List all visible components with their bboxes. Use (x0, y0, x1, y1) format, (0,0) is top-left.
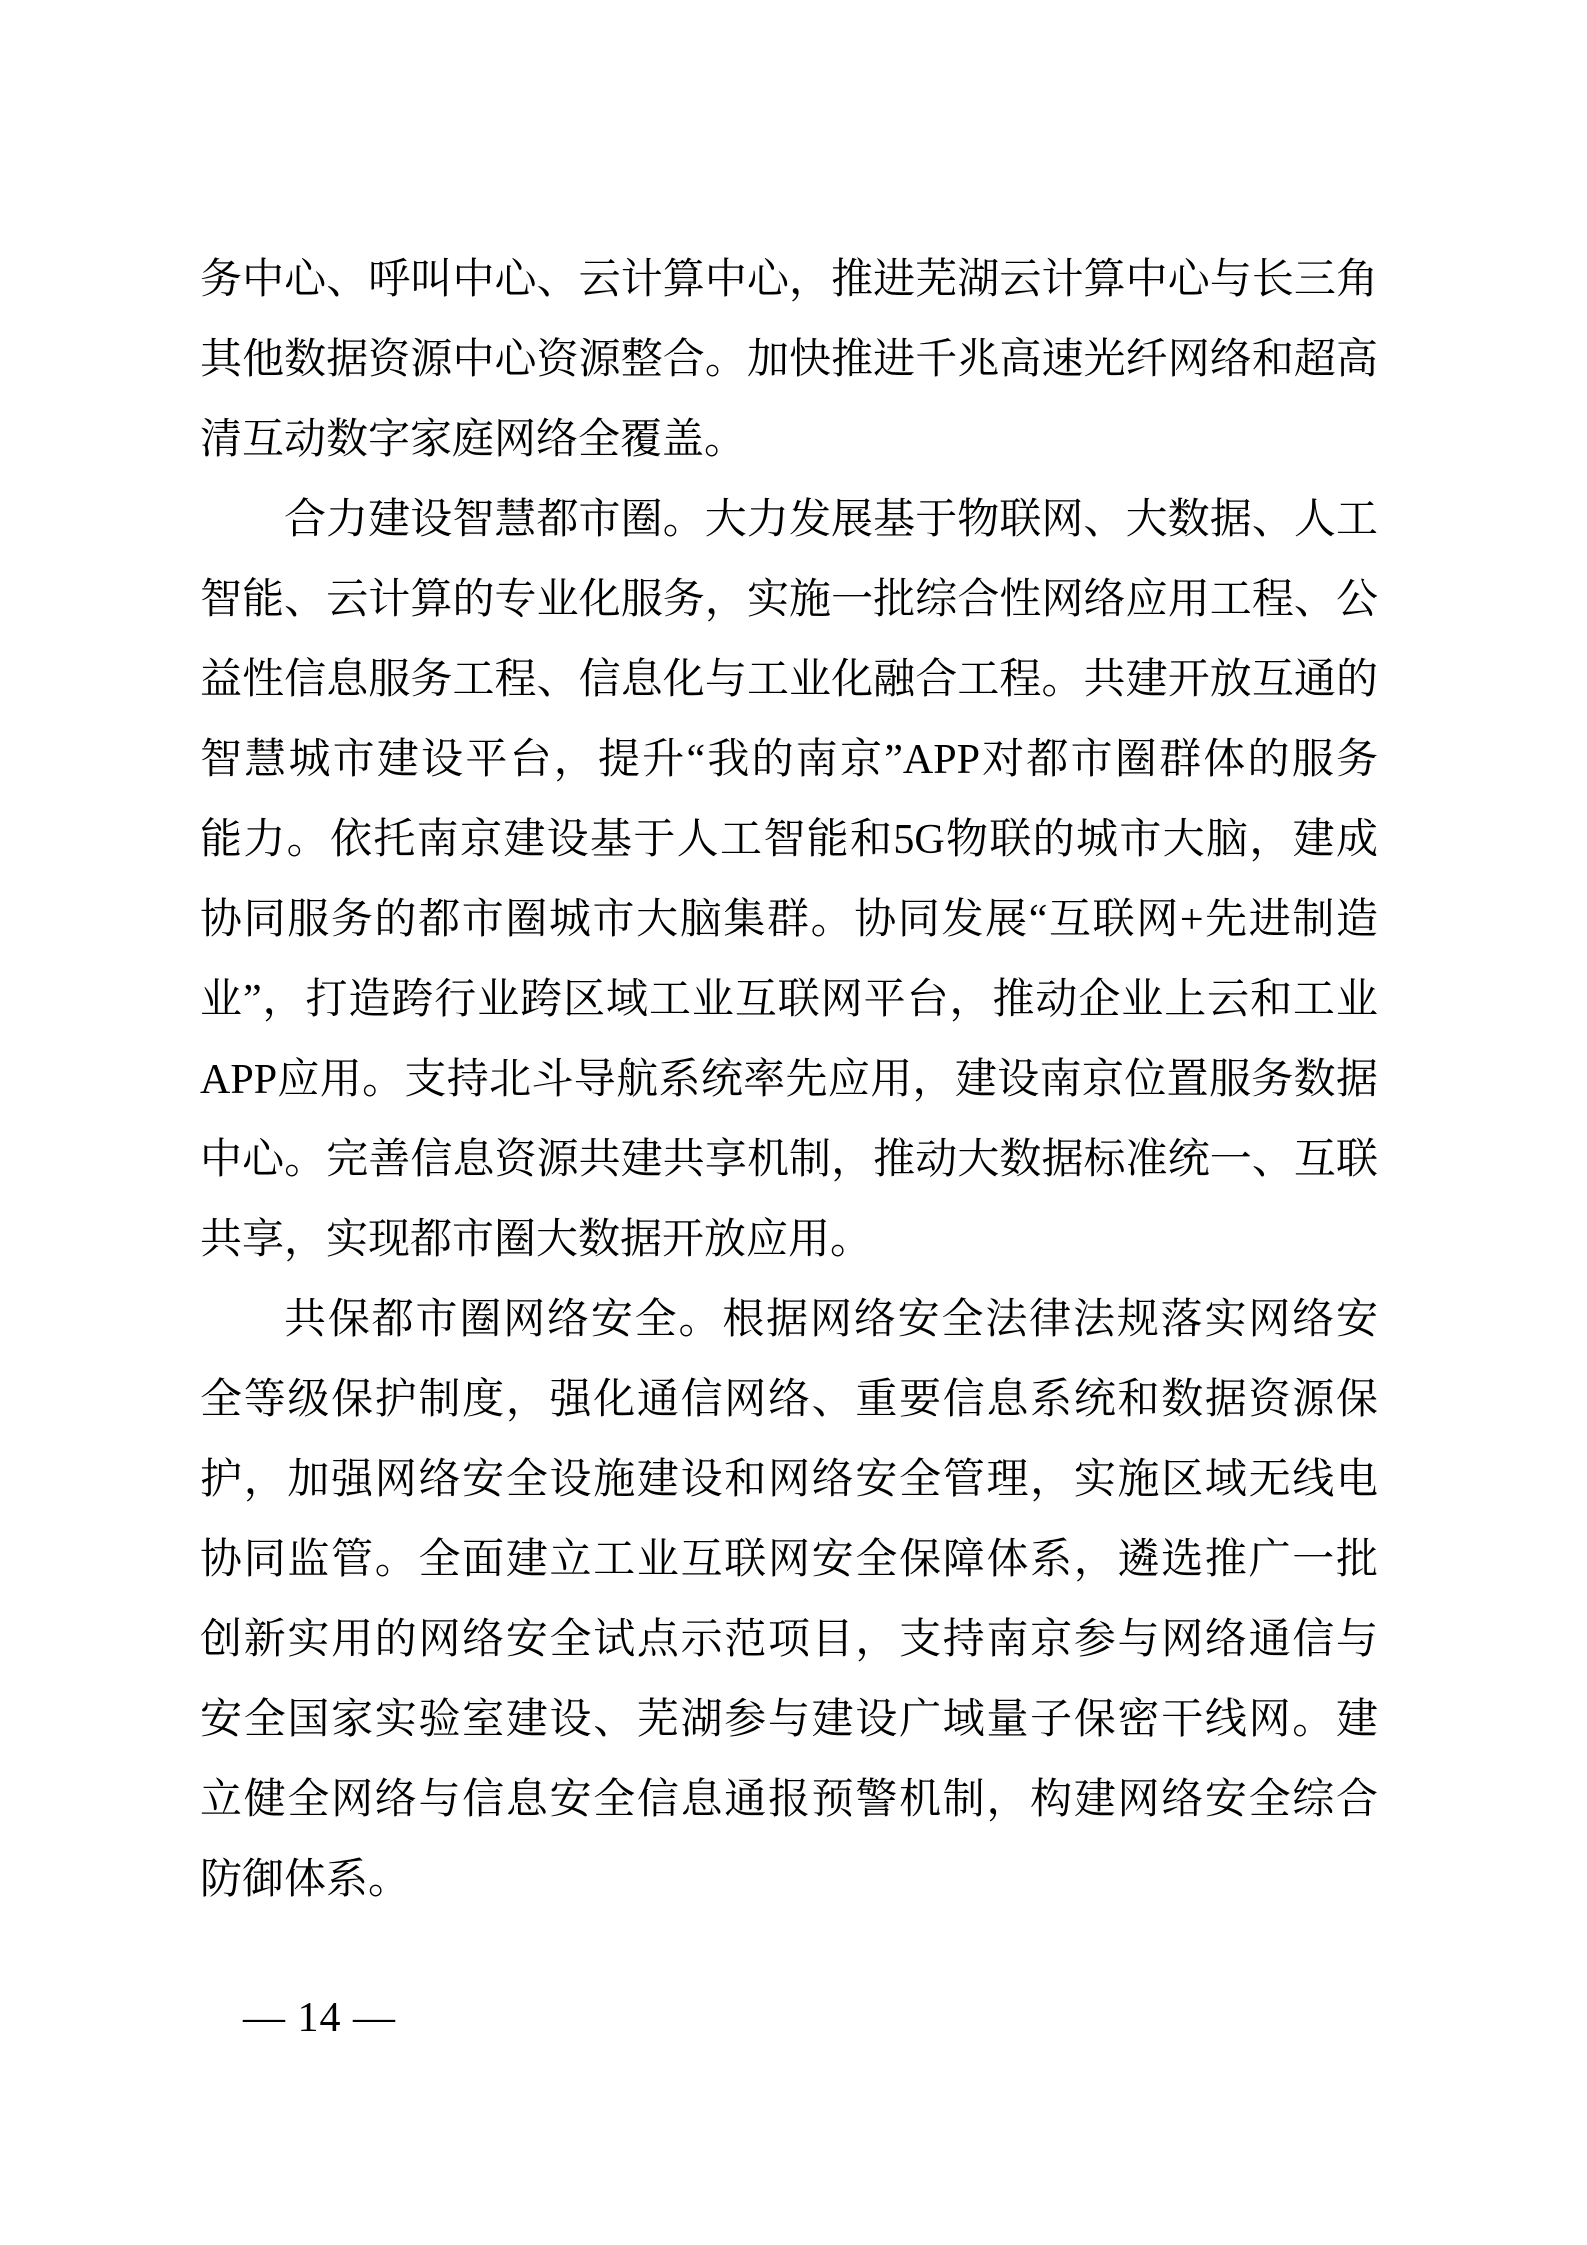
page-number: — 14 — (243, 1995, 396, 2041)
text-line: 防御体系。 (200, 1840, 1378, 1920)
text-line: 立健全网络与信息安全信息通报预警机制，构建网络安全综合 (200, 1760, 1378, 1840)
paragraph-2: 合力建设智慧都市圈。大力发展基于物联网、大数据、人工 智能、云计算的专业化服务，… (200, 480, 1378, 1280)
text-line: 创新实用的网络安全试点示范项目，支持南京参与网络通信与 (200, 1600, 1378, 1680)
text-line: 协同监管。全面建立工业互联网安全保障体系，遴选推广一批 (200, 1520, 1378, 1600)
text-line: 智能、云计算的专业化服务，实施一批综合性网络应用工程、公 (200, 560, 1378, 640)
text-line: 全等级保护制度，强化通信网络、重要信息系统和数据资源保 (200, 1360, 1378, 1440)
document-body: 务中心、呼叫中心、云计算中心，推进芜湖云计算中心与长三角 其他数据资源中心资源整… (200, 240, 1378, 1920)
text-line: APP应用。支持北斗导航系统率先应用，建设南京位置服务数据 (200, 1040, 1378, 1120)
text-line: 清互动数字家庭网络全覆盖。 (200, 400, 1378, 480)
text-line: 能力。依托南京建设基于人工智能和5G物联的城市大脑，建成 (200, 800, 1378, 880)
text-line: 合力建设智慧都市圈。大力发展基于物联网、大数据、人工 (200, 480, 1378, 560)
text-line: 共享，实现都市圈大数据开放应用。 (200, 1200, 1378, 1280)
paragraph-1: 务中心、呼叫中心、云计算中心，推进芜湖云计算中心与长三角 其他数据资源中心资源整… (200, 240, 1378, 480)
paragraph-3: 共保都市圈网络安全。根据网络安全法律法规落实网络安 全等级保护制度，强化通信网络… (200, 1280, 1378, 1920)
text-line: 安全国家实验室建设、芜湖参与建设广域量子保密干线网。建 (200, 1680, 1378, 1760)
text-line: 其他数据资源中心资源整合。加快推进千兆高速光纤网络和超高 (200, 320, 1378, 400)
text-line: 共保都市圈网络安全。根据网络安全法律法规落实网络安 (200, 1280, 1378, 1360)
document-page: 务中心、呼叫中心、云计算中心，推进芜湖云计算中心与长三角 其他数据资源中心资源整… (0, 0, 1587, 2245)
text-line: 智慧城市建设平台，提升“我的南京”APP对都市圈群体的服务 (200, 720, 1378, 800)
text-line: 中心。完善信息资源共建共享机制，推动大数据标准统一、互联 (200, 1120, 1378, 1200)
text-line: 协同服务的都市圈城市大脑集群。协同发展“互联网+先进制造 (200, 880, 1378, 960)
text-line: 益性信息服务工程、信息化与工业化融合工程。共建开放互通的 (200, 640, 1378, 720)
text-line: 护，加强网络安全设施建设和网络安全管理，实施区域无线电 (200, 1440, 1378, 1520)
text-line: 务中心、呼叫中心、云计算中心，推进芜湖云计算中心与长三角 (200, 240, 1378, 320)
text-line: 业”，打造跨行业跨区域工业互联网平台，推动企业上云和工业 (200, 960, 1378, 1040)
